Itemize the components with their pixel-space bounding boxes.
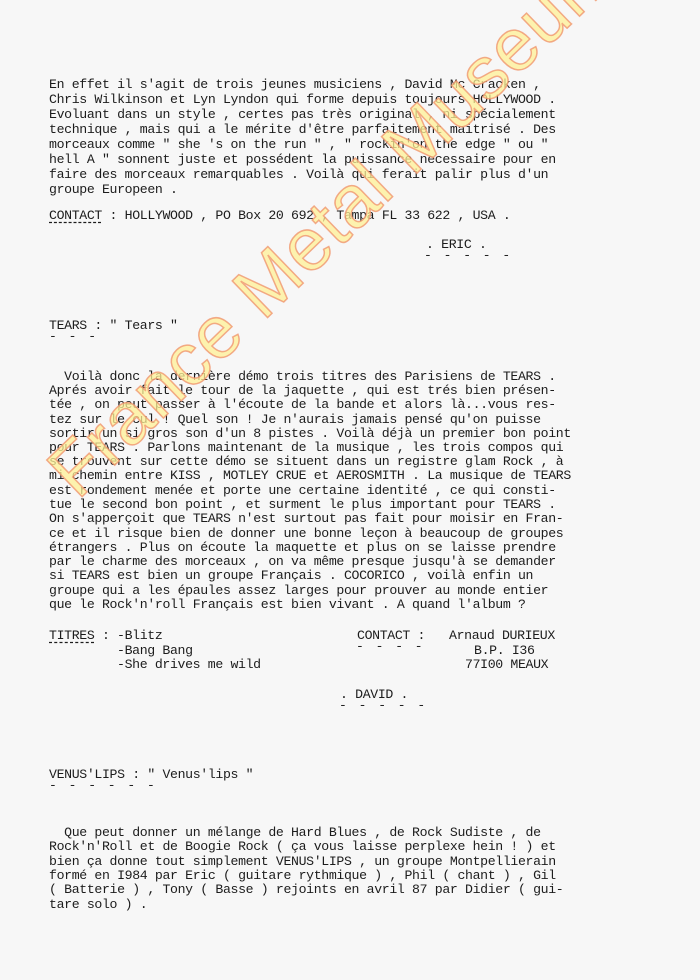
paragraph-line: groupe Europeen . — [49, 183, 178, 197]
contact-label: CONTACT — [49, 208, 102, 223]
paragraph-line: En effet il s'agit de trois jeunes music… — [49, 78, 541, 92]
paragraph-line: faire des morceaux remarquables . Voilà … — [49, 168, 548, 182]
paragraph-line: sortir un si gros son d'un 8 pistes . Vo… — [49, 427, 571, 441]
titres-label: TITRES — [49, 628, 94, 643]
paragraph-line: tez sur le cul ! Quel son ! Je n'aurais … — [49, 413, 541, 427]
contact-name: Arnaud DURIEUX — [449, 629, 555, 643]
contact-po-box: B.P. I36 — [474, 644, 535, 658]
paragraph-line: hell A " sonnent juste et possédent la p… — [49, 153, 556, 167]
paragraph-line: pour TEARS . Parlons maintenant de la mu… — [49, 441, 563, 455]
paragraph-line: par le charme des morceaux , on va même … — [49, 555, 556, 569]
contact-underline: - - - - — [356, 639, 425, 654]
contact-city: 77I00 MEAUX — [465, 658, 548, 672]
paragraph-line: Aprés avoir fait le tour de la jaquette … — [49, 384, 556, 398]
paragraph-line: étrangers . Plus on écoute la maquette e… — [49, 541, 556, 555]
paragraph-line: On s'apperçoit que TEARS n'est surtout p… — [49, 512, 563, 526]
signature-underline: - - - - - — [339, 698, 427, 713]
paragraph-line: bien ça donne tout simplement VENUS'LIPS… — [49, 855, 556, 869]
track-item: -Bang Bang — [117, 644, 193, 658]
titres-label-line: TITRES : — [49, 629, 117, 643]
paragraph-line: technique , mais qui a le mérite d'être … — [49, 123, 556, 137]
paragraph-line: groupe qui a les épaules assez larges po… — [49, 584, 548, 598]
contact-line: CONTACT : HOLLYWOOD , PO Box 20 692 , Ta… — [49, 209, 510, 223]
paragraph-line: que le Rock'n'roll Français est bien viv… — [49, 598, 526, 612]
heading-underline: - - - — [49, 329, 98, 344]
paragraph-line: ( Batterie ) , Tony ( Basse ) rejoints e… — [49, 883, 563, 897]
paragraph-line: Chris Wilkinson et Lyn Lyndon qui forme … — [49, 93, 556, 107]
track-item: -Blitz — [117, 629, 162, 643]
paragraph-line: Evoluant dans un style , certes pas très… — [49, 108, 556, 122]
heading-underline: - - - - - - — [49, 778, 157, 793]
paragraph-line: tare solo ) . — [49, 898, 147, 912]
paragraph-line: Rock'n'Roll et de Boogie Rock ( ça vous … — [49, 840, 556, 854]
paragraph-line: si TEARS est bien un groupe Français . C… — [49, 569, 533, 583]
paragraph-line: tée , on peut passer à l'écoute de la ba… — [49, 398, 556, 412]
paragraph-line: mi chemin entre KISS , MOTLEY CRUE et AE… — [49, 469, 571, 483]
paragraph-line: ce et il risque bien de donner une bonne… — [49, 527, 563, 541]
paragraph-line: Voilà donc la dernière démo trois titres… — [49, 370, 556, 384]
paragraph-line: morceaux comme " she 's on the run " , "… — [49, 138, 548, 152]
paragraph-line: formé en I984 par Eric ( guitare rythmiq… — [49, 869, 556, 883]
contact-address: : HOLLYWOOD , PO Box 20 692 , Tampa FL 3… — [102, 208, 510, 223]
paragraph-line: tue le second bon point , et surment le … — [49, 498, 556, 512]
track-item: -She drives me wild — [117, 658, 261, 672]
paragraph-line: est rondement menée et porte une certain… — [49, 484, 556, 498]
signature-underline: - - - - - — [424, 248, 512, 263]
paragraph-line: se trouvent sur cette démo se situent da… — [49, 455, 563, 469]
paragraph-line: Que peut donner un mélange de Hard Blues… — [49, 826, 541, 840]
demo-title: : " Tears " — [87, 318, 178, 333]
